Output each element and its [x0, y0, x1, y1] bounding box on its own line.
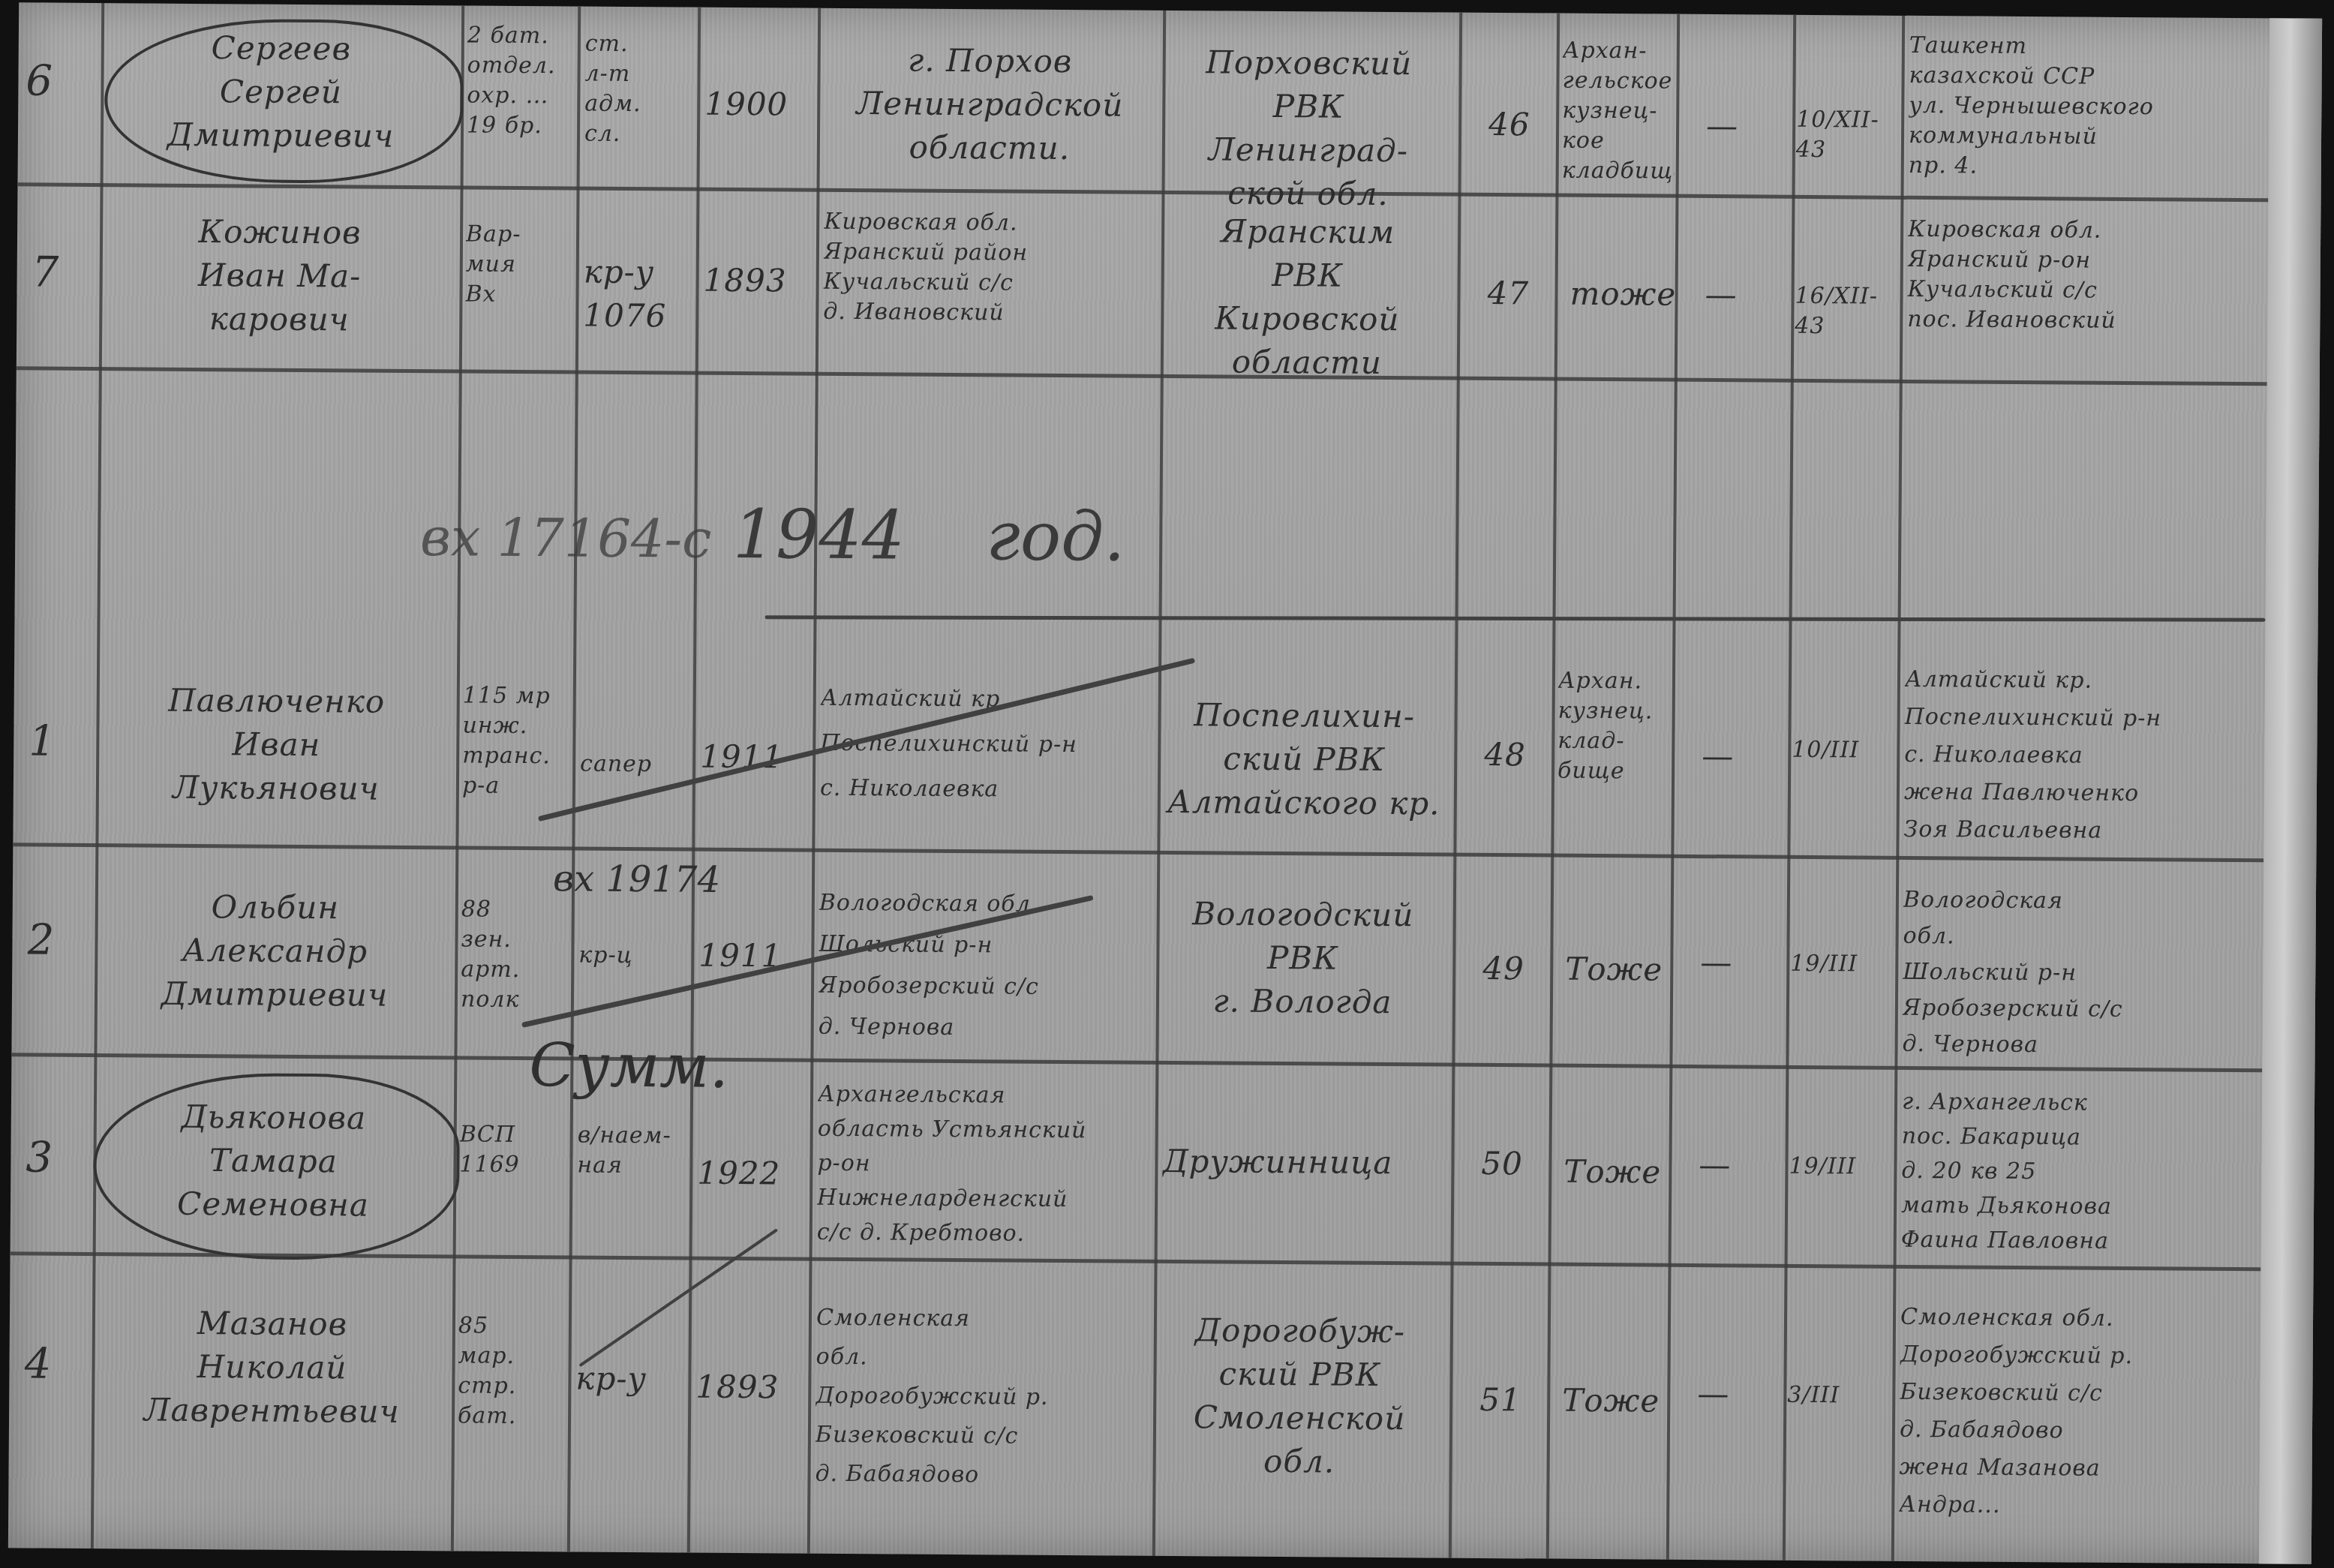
row-number: 1	[29, 715, 89, 768]
birth-year: 1922	[697, 1152, 802, 1196]
date-of-death: 19/III	[1789, 1152, 1894, 1182]
birthplace: Архангельская область Устьянский р-он Ни…	[817, 1077, 1149, 1252]
burial-place: Архан. кузнец. клад- бище	[1558, 666, 1671, 787]
burial-place: Тоже	[1565, 948, 1670, 992]
birthplace: Смоленская обл. Дорогобужский р. Бизеков…	[815, 1299, 1146, 1496]
family-address: Кировская обл. Яранский р-он Кучальский …	[1907, 215, 2253, 337]
date-of-death: 19/III	[1790, 949, 1895, 980]
paper-edge	[2259, 18, 2322, 1563]
rank: ст. л-т адм. сл.	[584, 29, 690, 150]
unit: ВСП 1169	[459, 1119, 565, 1180]
dash-mark: —	[1706, 104, 1751, 148]
deceased-name: Сергеев Сергей Дмитриевич	[108, 26, 454, 158]
row-number: 7	[32, 246, 92, 299]
dash-mark: —	[1697, 1372, 1742, 1416]
rank: кр-ц	[578, 941, 683, 972]
deceased-name: Ольбин Александр Дмитриевич	[102, 885, 448, 1017]
unit: 85 мар. стр. бат.	[458, 1311, 563, 1431]
unit: Вар- мия Вх	[465, 219, 571, 310]
family-address: Алтайский кр. Поспелихинский р-н с. Нико…	[1903, 661, 2250, 851]
entry-number: 46	[1488, 103, 1548, 147]
table-row: 3 Дьяконова Тамара Семеновна ВСП 1169 в/…	[11, 1056, 2263, 1267]
unit: 88 зен. арт. полк	[461, 894, 566, 1015]
entry-number: 50	[1481, 1142, 1541, 1186]
deceased-name: Дьяконова Тамара Семеновна	[101, 1095, 446, 1227]
deceased-name: Павлюченко Иван Лукьянович	[104, 678, 449, 811]
row-number: 3	[26, 1131, 86, 1185]
entry-number: 51	[1479, 1378, 1539, 1422]
birth-year: 1900	[704, 83, 810, 127]
date-of-death: 3/III	[1787, 1380, 1892, 1411]
deceased-name: Мазанов Николай Лаврентьевич	[99, 1301, 445, 1434]
section-year-heading: вх 17164-с 1944 год.	[420, 493, 1471, 579]
dash-mark: —	[1700, 941, 1745, 984]
burial-place: тоже	[1570, 272, 1675, 317]
dash-mark: —	[1702, 734, 1747, 778]
entry-number: 47	[1487, 272, 1547, 316]
table-row: 7 Кожинов Иван Ма- карович Вар- мия Вх к…	[17, 186, 2269, 382]
entry-number: 49	[1482, 947, 1542, 991]
birthplace: Кировская обл. Яранский район Кучальский…	[823, 207, 1154, 329]
table-row: 2 Ольбин Александр Дмитриевич 88 зен. ар…	[11, 846, 2263, 1068]
unit: 115 мр инж. транс. р-а	[462, 680, 568, 801]
underline-stroke	[765, 615, 2266, 621]
draft-office: Яранским РВК Кировской области	[1164, 209, 1451, 386]
row-number: 4	[24, 1338, 84, 1391]
year-suffix: год.	[986, 497, 1125, 576]
family-address: Ташкент казахской ССР ул. Чернышевского …	[1909, 31, 2254, 183]
birthplace: Вологодская обл. Шольский р-н Яробозерск…	[819, 882, 1150, 1050]
date-of-death: 10/ХII-43	[1796, 105, 1902, 166]
summary-annotation: Сумм.	[529, 1030, 728, 1101]
family-address: г. Архангельск пос. Бакарица д. 20 кв 25…	[1901, 1085, 2248, 1260]
draft-office: Дорогобуж- ский РВК Смоленской обл.	[1156, 1308, 1443, 1485]
table-row: 1 Павлюченко Иван Лукьянович 115 мр инж.…	[13, 632, 2265, 858]
burial-place: Тоже	[1562, 1379, 1667, 1423]
draft-office: Дружинница	[1162, 1140, 1447, 1185]
date-of-death: 10/III	[1792, 735, 1897, 766]
unit: 2 бат. отдел. охр. … 19 бр.	[467, 20, 572, 141]
draft-office: Вологодский РВК г. Вологда	[1160, 892, 1446, 1025]
birth-year: 1893	[695, 1365, 801, 1410]
rank: кр-у	[575, 1357, 680, 1401]
draft-office: Поспелихин- ский РВК Алтайского кр.	[1161, 693, 1447, 826]
draft-office: Порховский РВК Ленинград- ской обл.	[1165, 41, 1452, 217]
incoming-stamp-note: вх 17164-с	[420, 506, 712, 570]
family-address: Вологодская обл. Шольский р-н Яробозерск…	[1902, 882, 2248, 1065]
document-sheet: 6 Сергеев Сергей Дмитриевич 2 бат. отдел…	[8, 2, 2322, 1563]
rank: сапер	[580, 749, 685, 780]
burial-place: Тоже	[1564, 1150, 1669, 1194]
row-number: 2	[27, 914, 87, 967]
birthplace: Алтайский кр. Поспелихинский р-н с. Нико…	[820, 676, 1151, 813]
date-of-death: 16/ХII-43	[1795, 281, 1900, 342]
dash-mark: —	[1699, 1143, 1744, 1187]
entry-number: 48	[1484, 733, 1544, 777]
family-address: Смоленская обл. Дорогобужский р. Бизеков…	[1899, 1299, 2245, 1526]
table-row: 6 Сергеев Сергей Дмитриевич 2 бат. отдел…	[18, 2, 2270, 198]
dash-mark: —	[1705, 273, 1750, 317]
deceased-name: Кожинов Иван Ма- карович	[107, 209, 452, 342]
rank: в/наем- ная	[577, 1121, 683, 1182]
incoming-number-annotation: вх 19174	[553, 858, 720, 901]
burial-place: Архан- гельское кузнец- кое кладбище	[1562, 36, 1675, 187]
birth-year: 1893	[703, 259, 808, 303]
table-row: 4 Мазанов Николай Лаврентьевич 85 мар. с…	[8, 1255, 2261, 1563]
row-number: 6	[26, 55, 93, 108]
year-value: 1944	[733, 495, 906, 575]
birthplace: г. Порхов Ленинградской области.	[825, 38, 1155, 171]
rank: кр-у 1076	[583, 251, 689, 338]
